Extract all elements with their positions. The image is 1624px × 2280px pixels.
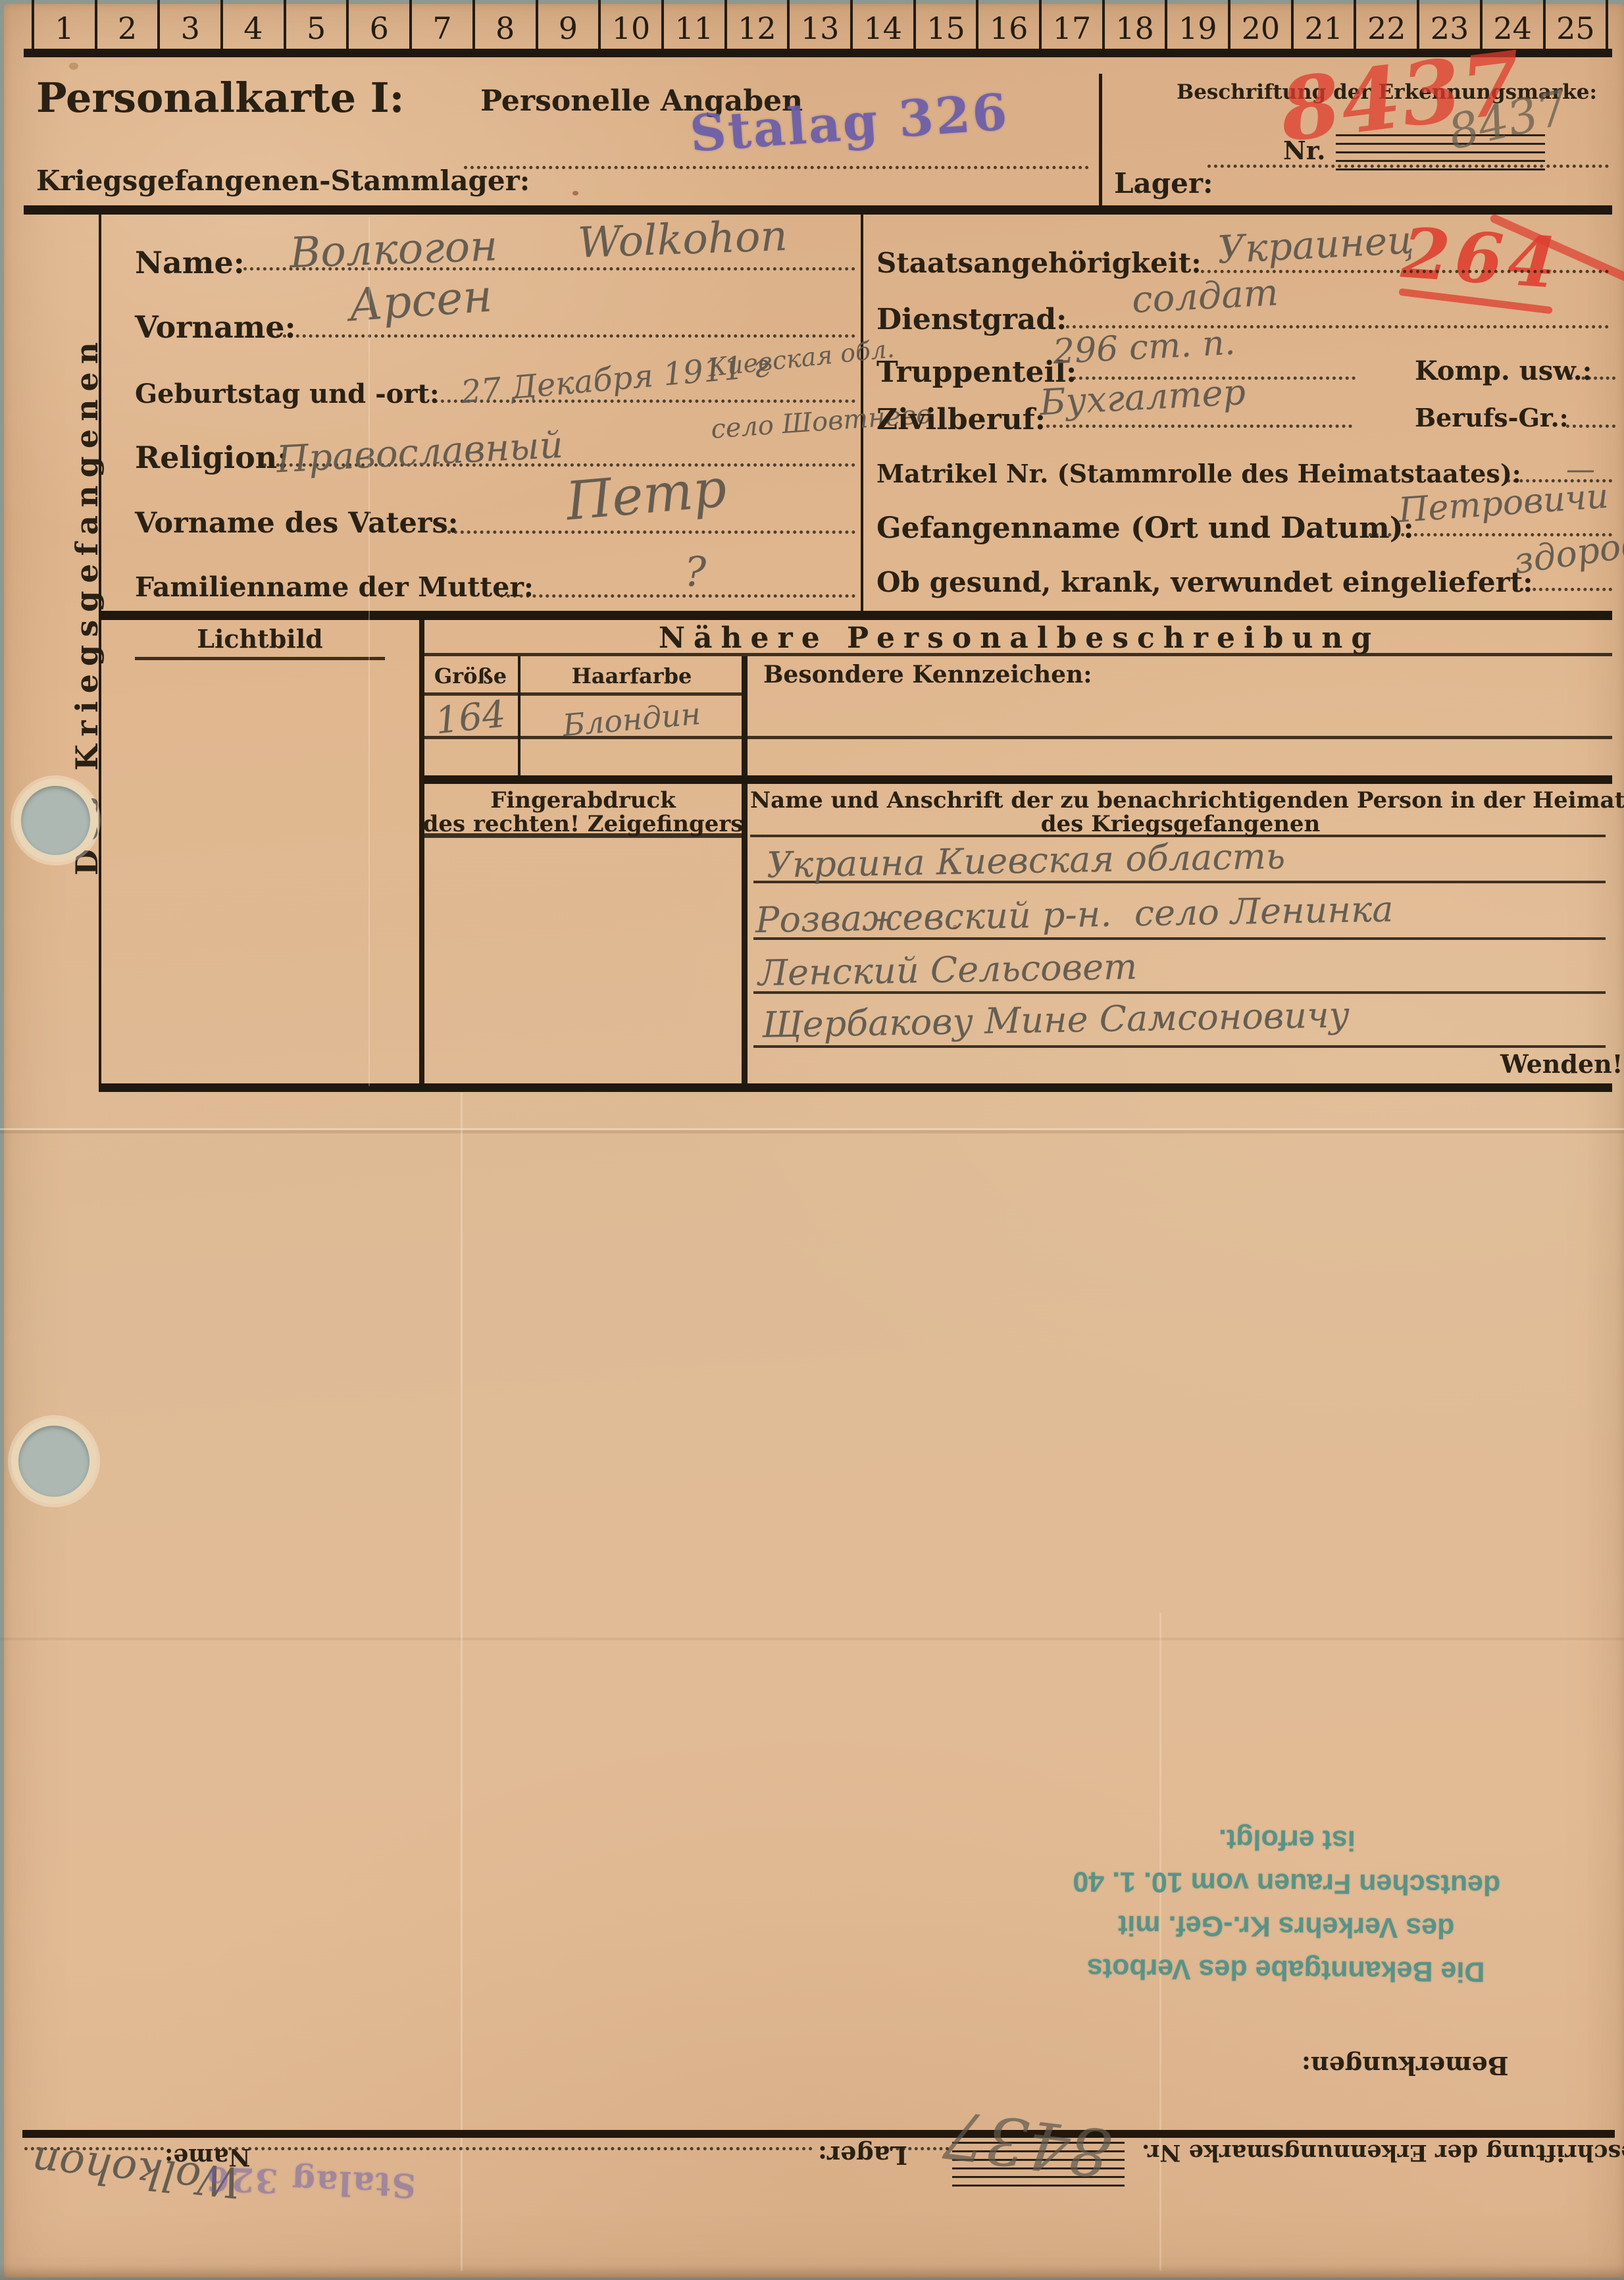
ruler-number: 2 [97, 0, 161, 49]
personalbeschreibung-title: Nähere Personalbeschreibung [428, 621, 1611, 655]
back-lager-dots [890, 2147, 949, 2150]
vertical-crease-upper [368, 217, 370, 1086]
verbot-stamp-line: ist erfolgt. [1027, 1816, 1548, 1864]
back-name-dots-right [215, 2147, 813, 2150]
field-vater-label: Vorname des Vaters: [135, 507, 459, 540]
ruler-number: 20 [1231, 0, 1294, 49]
field-mutter-line [500, 594, 855, 598]
address-column-divider [742, 784, 748, 1090]
stammlager-blank-line [464, 166, 1089, 169]
field-berufsgr-label: Berufs-Gr.: [1415, 403, 1569, 432]
field-dienstgrad-value: солдат [1130, 271, 1279, 322]
field-dienstgrad-label: Dienstgrad: [876, 303, 1067, 336]
paper-bottom-edge [0, 2264, 1624, 2280]
field-berufsgr-line [1566, 425, 1615, 428]
field-geburtstag-label: Geburtstag und -ort: [135, 378, 440, 409]
paper-speck [572, 191, 578, 195]
vertical-crease-left [461, 1093, 463, 2271]
ruler-number: 15 [916, 0, 979, 49]
paper-speck [953, 925, 957, 929]
ruler-number: 14 [853, 0, 916, 49]
field-vater-line [447, 531, 855, 534]
field-obgesund-label: Ob gesund, krank, verwundet eingeliefert… [876, 566, 1533, 598]
ruler-number: 16 [978, 0, 1042, 49]
wenden-label: Wenden! [1500, 1049, 1623, 1079]
verbot-stamp: Die Bekanntgabe des Verbots des Verkehrs… [1026, 1816, 1547, 1994]
lager-label: Lager: [1114, 167, 1213, 199]
lager-blank-line [1207, 165, 1609, 168]
hole-punch-lower [18, 1426, 89, 1497]
ruler-number: 11 [664, 0, 727, 49]
address-header-line2: des Kriegsgefangenen [750, 811, 1611, 837]
ruler-number: 7 [412, 0, 475, 49]
field-religion-label: Religion: [135, 440, 288, 475]
field-zivilberuf-line [1046, 425, 1352, 428]
header-bottom-border [24, 205, 1612, 215]
verbot-stamp-line: Die Bekanntgabe des Verbots [1026, 1946, 1546, 1994]
ruler-number: 18 [1105, 0, 1168, 49]
ruler-number: 4 [223, 0, 286, 49]
ruler-number: 6 [349, 0, 412, 49]
address-rule-4 [753, 1045, 1606, 1048]
verbot-stamp-line: deutschen Frauen vom 10. 1. 40 [1027, 1859, 1547, 1907]
fingerprint-label-line1: Fingerabdruck [421, 787, 745, 814]
verbot-stamp-line: des Verkehrs Kr.-Gef. mit [1026, 1903, 1546, 1951]
form-bottom-border [99, 1083, 1612, 1092]
field-obgesund-line [1520, 588, 1612, 591]
ruler-number: 13 [790, 0, 853, 49]
card-title: Personalkarte I: [36, 74, 404, 122]
ruler-number: 5 [286, 0, 349, 49]
table-bottom-border [424, 775, 1612, 784]
fold-crease-faint [0, 1638, 1624, 1640]
lichtbild-underline [135, 657, 385, 660]
table-mid-rule [424, 736, 1612, 739]
hole-punch-upper [21, 786, 90, 855]
kennzeichen-label: Besondere Kennzeichen: [763, 661, 1092, 688]
back-erkennungsmarke-label: Beschriftung der Erkennungsmarke Nr. [1142, 2139, 1624, 2166]
header-divider [1099, 74, 1102, 207]
field-zivilberuf-label: Zivilberuf: [876, 403, 1046, 436]
ruler-number: 10 [601, 0, 664, 49]
ruler-number: 3 [160, 0, 223, 49]
back-header-border [22, 2130, 1615, 2138]
field-gefangenname-label: Gefangenname (Ort und Datum): [876, 511, 1414, 545]
ruler-number: 12 [727, 0, 790, 49]
haarfarbe-label: Haarfarbe [520, 663, 744, 688]
field-matrikel-label: Matrikel Nr. (Stammrolle des Heimatstaat… [876, 459, 1521, 488]
groesse-label: Größe [421, 663, 520, 688]
field-vorname-label: Vorname: [135, 309, 296, 345]
ruler-number: 1 [34, 0, 97, 49]
personalbeschreibung-underline [424, 653, 1612, 656]
paper-speck [69, 63, 78, 70]
field-vorname-line [276, 334, 855, 338]
ruler-number: 9 [538, 0, 601, 49]
pow-personal-card-scan: 1 2 3 4 5 6 7 8 9 10 11 12 13 14 15 16 1… [0, 0, 1624, 2280]
ruler-number: 21 [1294, 0, 1357, 49]
photo-column-divider [419, 620, 424, 1090]
stammlager-label: Kriegsgefangenen-Stammlager: [36, 165, 530, 197]
back-lager-label: Lager: [818, 2140, 907, 2170]
back-bemerkungen-label: Bemerkungen: [1302, 2051, 1509, 2081]
kennzeichen-divider [742, 656, 748, 780]
field-name-label: Name: [135, 245, 245, 280]
lager-number-red: 264 [1399, 212, 1564, 305]
ruler-number: 19 [1167, 0, 1231, 49]
number-ruler: 1 2 3 4 5 6 7 8 9 10 11 12 13 14 15 16 1… [32, 0, 1608, 49]
field-staats-label: Staatsangehörigkeit: [876, 247, 1202, 279]
description-top-border [99, 611, 1612, 620]
ruler-number: 25 [1546, 0, 1609, 49]
fold-crease-shadow [0, 1130, 1624, 1133]
fingerprint-underline [424, 833, 747, 838]
address-header-line1: Name und Anschrift der zu benachrichtige… [750, 787, 1611, 814]
field-komp-line [1569, 376, 1615, 380]
lichtbild-label: Lichtbild [99, 624, 421, 654]
address-line-3: Ленский Сельсовет [757, 946, 1137, 994]
ruler-number: 17 [1042, 0, 1105, 49]
field-mutter-label: Familienname der Mutter: [135, 571, 534, 603]
back-stalag-stamp: Stalag 326 [205, 2159, 417, 2205]
field-mutter-value: ? [684, 548, 706, 596]
ruler-number: 8 [475, 0, 538, 49]
field-komp-label: Komp. usw.: [1415, 355, 1592, 386]
ruler-number: 22 [1356, 0, 1419, 49]
